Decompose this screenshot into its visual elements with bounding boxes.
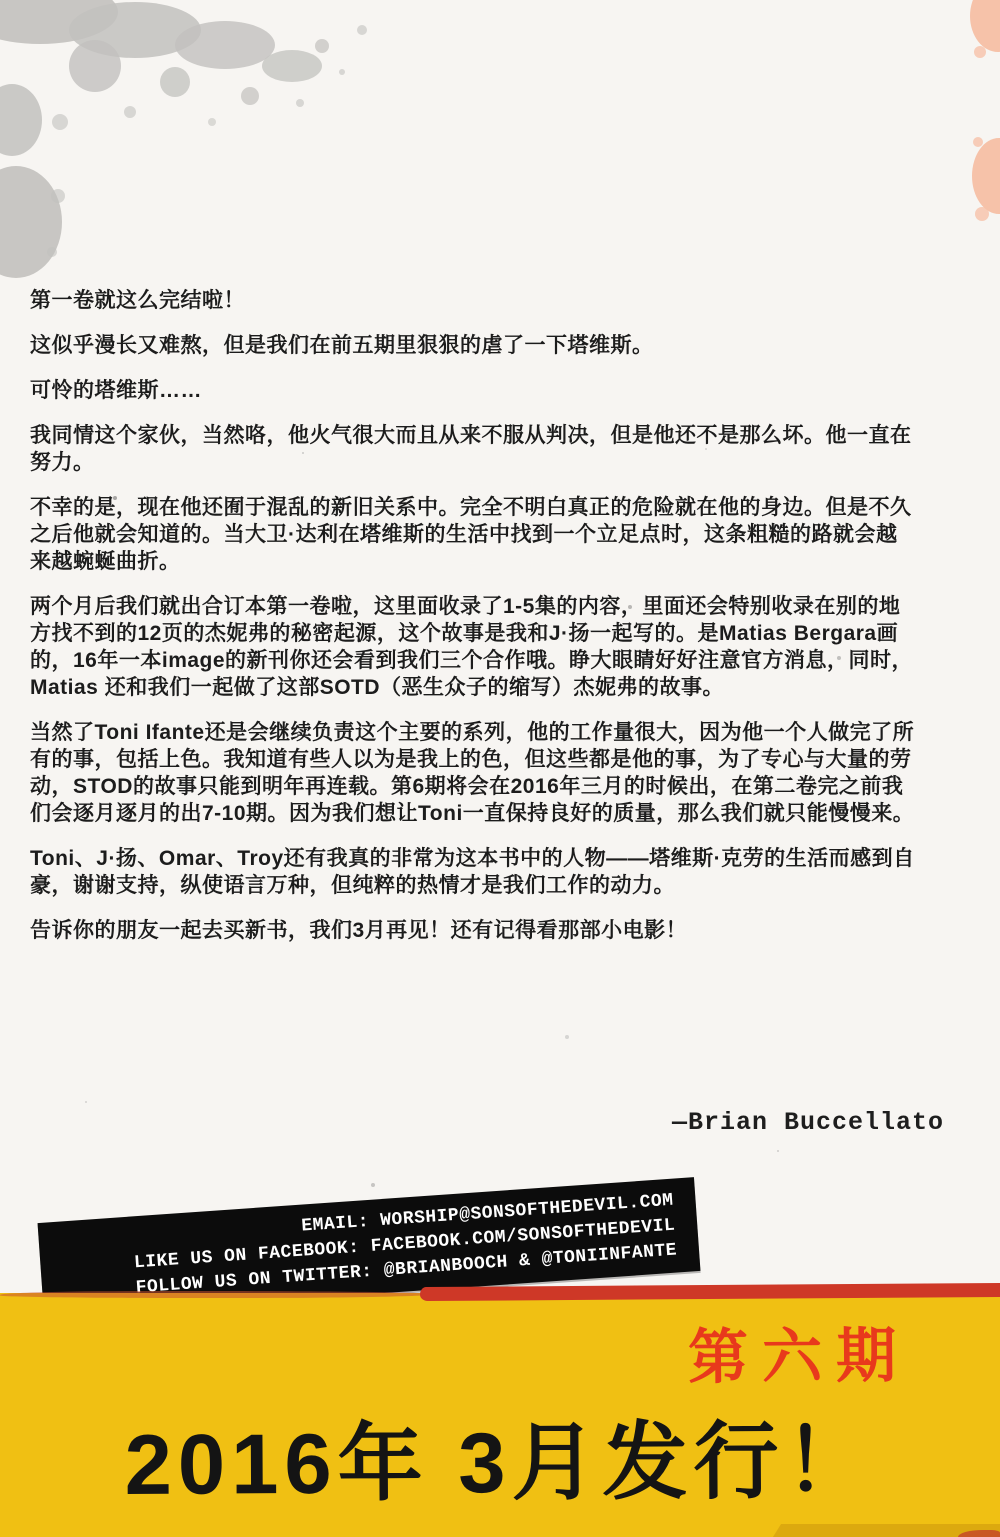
letter-paragraph-3: 可怜的塔维斯…… xyxy=(30,377,915,404)
letter-paragraph-1: 第一卷就这么完结啦！ xyxy=(30,287,915,314)
letter-paragraph-6: 两个月后我们就出合订本第一卷啦，这里面收录了1-5集的内容，里面还会特别收录在别… xyxy=(30,593,915,701)
announcement-footer: 第六期 2016年 3月发行！ xyxy=(0,1293,1000,1537)
salmon-splatter-icon xyxy=(954,0,1000,260)
letters-page: 第一卷就这么完结啦！ 这似乎漫长又难熬，但是我们在前五期里狠狠的虐了一下塔维斯。… xyxy=(0,0,1000,1537)
letter-paragraph-2: 这似乎漫长又难熬，但是我们在前五期里狠狠的虐了一下塔维斯。 xyxy=(30,332,915,359)
letter-paragraph-5: 不幸的是，现在他还囿于混乱的新旧关系中。完全不明白真正的危险就在他的身边。但是不… xyxy=(30,494,915,575)
red-stripe-left xyxy=(0,1291,435,1298)
letter-paragraph-7: 当然了Toni Ifante还是会继续负责这个主要的系列，他的工作量很大，因为他… xyxy=(30,719,915,827)
author-signature: —Brian Buccellato xyxy=(672,1108,944,1137)
paper-specks xyxy=(0,0,2,2)
letter-paragraph-4: 我同情这个家伙，当然咯，他火气很大而且从来不服从判决，但是他还不是那么坏。他一直… xyxy=(30,422,915,476)
gray-splatter-icon xyxy=(0,0,420,300)
letter-paragraph-8: Toni、J·扬、Omar、Troy还有我真的非常为这本书中的人物——塔维斯·克… xyxy=(30,845,915,899)
issue-number-label: 第六期 xyxy=(688,1308,911,1396)
release-date-label: 2016年 3月发行！ xyxy=(124,1393,876,1519)
red-stripe xyxy=(420,1283,1000,1301)
letter-paragraph-9: 告诉你的朋友一起去买新书，我们3月再见！还有记得看那部小电影！ xyxy=(30,917,915,944)
letter-body: 第一卷就这么完结啦！ 这似乎漫长又难熬，但是我们在前五期里狠狠的虐了一下塔维斯。… xyxy=(30,287,915,962)
